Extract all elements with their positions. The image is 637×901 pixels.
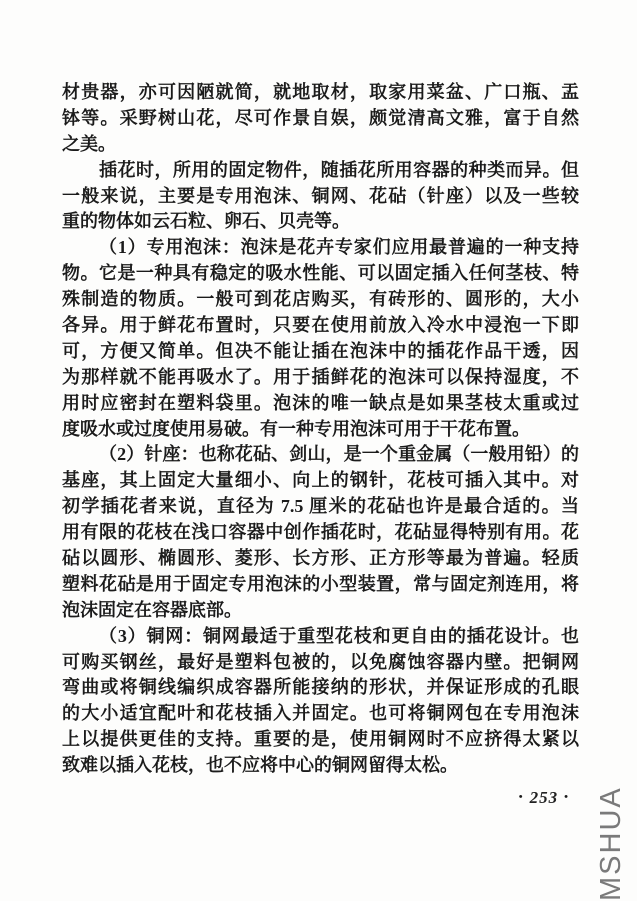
text-line: 初学插花者来说，直径为 7.5 厘米的花砧也许是最合适的。当 (62, 494, 579, 520)
book-page: 材贵器，亦可因陋就简，就地取材，取家用菜盆、广口瓶、盂钵等。采野树山花，尽可作景… (0, 0, 637, 901)
text-line: 上以提供更佳的支持。重要的是，使用铜网时不应挤得太紧以 (62, 727, 579, 753)
text-line: 塑料花砧是用于固定专用泡沫的小型装置，常与固定剂连用，将 (62, 572, 579, 598)
text-line: 泡沫固定在容器底部。 (62, 598, 579, 624)
text-line: （2）针座：也称花砧、剑山，是一个重金属（一般用铅）的 (62, 442, 579, 468)
page-number-dot-left: • (519, 791, 524, 803)
page-number-value: 253 (530, 788, 559, 807)
text-line: 各异。用于鲜花布置时，只要在使用前放入冷水中浸泡一下即 (62, 313, 579, 339)
text-line: 钵等。采野树山花，尽可作景自娱，颇觉清高文雅，富于自然 (62, 106, 579, 132)
text-line: 用时应密封在塑料袋里。泡沫的唯一缺点是如果茎枝太重或过 (62, 391, 579, 417)
text-line: （1）专用泡沫：泡沫是花卉专家们应用最普遍的一种支持 (62, 235, 579, 261)
text-line: 殊制造的物质。一般可到花店购买，有砖形的、圆形的，大小 (62, 287, 579, 313)
text-line: 可购买钢丝，最好是塑料包被的，以免腐蚀容器内壁。把铜网 (62, 650, 579, 676)
text-line: 为那样就不能再吸水了。用于插鲜花的泡沫可以保持湿度，不 (62, 365, 579, 391)
text-line: 的大小适宜配叶和花枝插入并固定。也可将铜网包在专用泡沫 (62, 701, 579, 727)
text-line: 度吸水或过度使用易破。有一种专用泡沫可用于干花布置。 (62, 417, 579, 443)
text-line: 之美。 (62, 132, 579, 158)
text-line: 用有限的花枝在浅口容器中创作插花时，花砧显得特别有用。花 (62, 520, 579, 546)
page-number-dot-right: • (564, 791, 569, 803)
text-line: 致难以插入花枝，也不应将中心的铜网留得太松。 (62, 753, 579, 779)
text-block: 材贵器，亦可因陋就简，就地取材，取家用菜盆、广口瓶、盂钵等。采野树山花，尽可作景… (62, 80, 579, 779)
text-line: 物。它是一种具有稳定的吸水性能、可以固定插入任何茎枝、特 (62, 261, 579, 287)
page-number: •253• (513, 788, 575, 808)
text-line: （3）铜网：铜网最适于重型花枝和更自由的插花设计。也 (62, 624, 579, 650)
text-line: 基座，其上固定大量细小、向上的钢针，花枝可插入其中。对 (62, 468, 579, 494)
text-line: 弯曲或将铜线编织成容器所能接纳的形状，并保证形成的孔眼 (62, 675, 579, 701)
text-line: 可，方便又简单。但决不能让插在泡沫中的插花作品干透，因 (62, 339, 579, 365)
text-line: 重的物体如云石粒、卵石、贝壳等。 (62, 209, 579, 235)
text-line: 插花时，所用的固定物件，随插花所用容器的种类而异。但 (62, 158, 579, 184)
text-line: 材贵器，亦可因陋就简，就地取材，取家用菜盆、广口瓶、盂 (62, 80, 579, 106)
text-line: 砧以圆形、椭圆形、菱形、长方形、正方形等最为普遍。轻质 (62, 546, 579, 572)
watermark-text: MSHUA (594, 795, 628, 901)
text-line: 一般来说，主要是专用泡沫、铜网、花砧（针座）以及一些较 (62, 184, 579, 210)
